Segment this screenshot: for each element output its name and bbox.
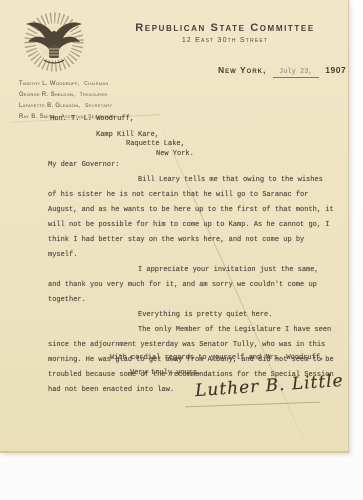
letter-paper: Republican State Committee 12 East 30th …	[0, 0, 349, 453]
dateline-city: New York,	[218, 65, 266, 75]
body-paragraph: I appreciate your invitation just the sa…	[48, 263, 334, 308]
salutation: My dear Governor:	[48, 158, 334, 173]
officer-title: Secretary	[85, 103, 112, 109]
officer-row: Lafayette B. Gleason, Secretary	[19, 99, 116, 110]
officer-row: Timothy L. Woodruff, Chairman	[19, 77, 116, 88]
committee-name: Republican State Committee	[110, 22, 340, 34]
officer-row: George R. Sheldon, Treasurer	[19, 88, 116, 99]
dateline: New York, July 23, 1907	[218, 60, 343, 78]
officer-name: Timothy L. Woodruff,	[19, 81, 80, 87]
letterhead-center: Republican State Committee 12 East 30th …	[110, 22, 340, 44]
officer-name: George R. Sheldon,	[19, 92, 75, 98]
eagle-emblem-icon	[20, 10, 88, 74]
recipient-line: Raquette Lake,	[126, 140, 194, 150]
street-address: 12 East 30th Street	[110, 37, 340, 44]
officer-name: Lafayette B. Gleason,	[19, 103, 80, 109]
recipient-line: Hon. T. L. Woodruff,	[50, 115, 194, 125]
dateline-typed-date: July 23,	[273, 68, 319, 78]
body-paragraph: Bill Leary tells me that owing to the wi…	[48, 173, 334, 263]
closing-regards: With cordial regards to yourself and Mrs…	[110, 351, 334, 366]
dateline-year: 1907	[325, 65, 346, 75]
signature-flourish	[185, 402, 320, 408]
body-paragraph: Everything is pretty quiet here.	[48, 308, 334, 323]
letter-photo: Republican State Committee 12 East 30th …	[0, 0, 363, 500]
officer-title: Chairman	[84, 81, 108, 87]
recipient-line: Kamp Kill Kare,	[96, 131, 194, 141]
recipient-address: Hon. T. L. Woodruff, Kamp Kill Kare, Raq…	[50, 115, 194, 159]
